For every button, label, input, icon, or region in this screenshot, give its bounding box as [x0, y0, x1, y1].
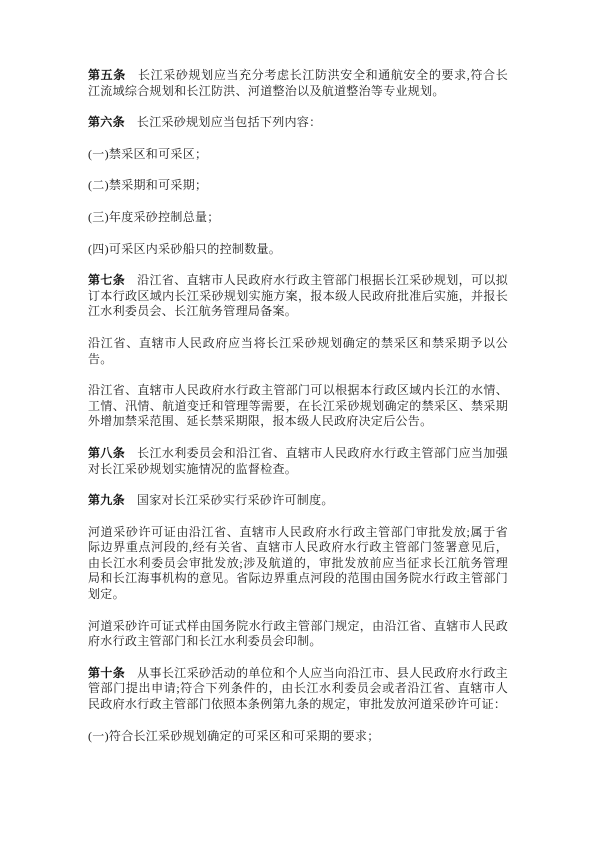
article-number: 第九条 — [88, 493, 125, 507]
paragraph: 第九条国家对长江采砂实行采砂许可制度。 — [88, 493, 508, 509]
paragraph-text: 长江采砂规划应当充分考虑长江防洪安全和通航安全的要求,符合长江流域综合规划和长江… — [88, 68, 508, 98]
paragraph: 第八条长江水利委员会和沿江省、直辖市人民政府水行政主管部门应当加强对长江采砂规划… — [88, 446, 508, 477]
paragraph-text: (二)禁采期和可采期； — [88, 178, 207, 192]
paragraph: 第七条沿江省、直辖市人民政府水行政主管部门根据长江采砂规划，可以拟订本行政区域内… — [88, 273, 508, 320]
paragraph-text: (一)符合长江采砂规划确定的可采区和可采期的要求； — [88, 729, 380, 743]
paragraph-text: 沿江省、直辖市人民政府水行政主管部门可以根据本行政区域内长江的水情、工情、汛情、… — [88, 383, 508, 428]
document-body: 第五条长江采砂规划应当充分考虑长江防洪安全和通航安全的要求,符合长江流域综合规划… — [88, 68, 508, 744]
paragraph-text: (三)年度采砂控制总量； — [88, 210, 220, 224]
article-number: 第七条 — [88, 273, 125, 287]
paragraph: 第十条从事长江采砂活动的单位和个人应当向沿江市、县人民政府水行政主管部门提出申请… — [88, 666, 508, 713]
paragraph: (二)禁采期和可采期； — [88, 178, 508, 194]
paragraph-text: 河道采砂许可证式样由国务院水行政主管部门规定，由沿江省、直辖市人民政府水行政主管… — [88, 619, 508, 649]
paragraph: 沿江省、直辖市人民政府应当将长江采砂规划确定的禁采区和禁采期予以公告。 — [88, 336, 508, 367]
paragraph: 沿江省、直辖市人民政府水行政主管部门可以根据本行政区域内长江的水情、工情、汛情、… — [88, 383, 508, 430]
document-page: 第五条长江采砂规划应当充分考虑长江防洪安全和通航安全的要求,符合长江流域综合规划… — [0, 0, 595, 841]
paragraph: 第五条长江采砂规划应当充分考虑长江防洪安全和通航安全的要求,符合长江流域综合规划… — [88, 68, 508, 99]
paragraph-text: 沿江省、直辖市人民政府水行政主管部门根据长江采砂规划，可以拟订本行政区域内长江采… — [88, 273, 508, 318]
paragraph-text: (一)禁采区和可采区； — [88, 147, 207, 161]
paragraph: 第六条长江采砂规划应当包括下列内容： — [88, 115, 508, 131]
paragraph: (四)可采区内采砂船只的控制数量。 — [88, 242, 508, 258]
paragraph-text: 沿江省、直辖市人民政府应当将长江采砂规划确定的禁采区和禁采期予以公告。 — [88, 336, 508, 366]
paragraph-text: 国家对长江采砂实行采砂许可制度。 — [137, 493, 334, 507]
paragraph-text: 河道采砂许可证由沿江省、直辖市人民政府水行政主管部门审批发放;属于省际边界重点河… — [88, 525, 508, 601]
paragraph-text: 从事长江采砂活动的单位和个人应当向沿江市、县人民政府水行政主管部门提出申请;符合… — [88, 666, 508, 711]
article-number: 第六条 — [88, 115, 125, 129]
article-number: 第八条 — [88, 446, 125, 460]
paragraph: (三)年度采砂控制总量； — [88, 210, 508, 226]
article-number: 第五条 — [88, 68, 126, 82]
paragraph-text: 长江采砂规划应当包括下列内容： — [137, 115, 322, 129]
paragraph: 河道采砂许可证式样由国务院水行政主管部门规定，由沿江省、直辖市人民政府水行政主管… — [88, 619, 508, 650]
paragraph-text: 长江水利委员会和沿江省、直辖市人民政府水行政主管部门应当加强对长江采砂规划实施情… — [88, 446, 508, 476]
paragraph: 河道采砂许可证由沿江省、直辖市人民政府水行政主管部门审批发放;属于省际边界重点河… — [88, 525, 508, 603]
article-number: 第十条 — [88, 666, 125, 680]
paragraph: (一)符合长江采砂规划确定的可采区和可采期的要求； — [88, 729, 508, 745]
paragraph: (一)禁采区和可采区； — [88, 147, 508, 163]
paragraph-text: (四)可采区内采砂船只的控制数量。 — [88, 242, 281, 256]
